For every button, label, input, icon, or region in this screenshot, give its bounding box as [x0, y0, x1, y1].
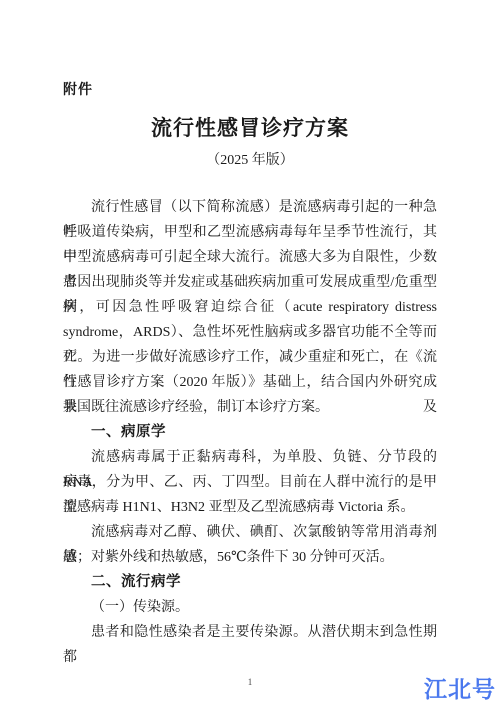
text-line: syndrome，ARDS）、急性坏死性脑病或多器官功能不全等而死 [63, 320, 437, 345]
document-body: 流行性感冒（以下简称流感）是流感病毒引起的一种急性呼吸道传染病，甲型和乙型流感病… [63, 195, 437, 645]
document-subtitle: （2025 年版） [0, 149, 500, 169]
text-line: 亡。为进一步做好流感诊疗工作，减少重症和死亡，在《流行 [63, 345, 437, 370]
watermark-text: 江北号 [424, 671, 496, 704]
text-line: 流行性感冒（以下简称流感）是流感病毒引起的一种急性 [63, 195, 437, 220]
text-line: 甲型流感病毒可引起全球大流行。流感大多为自限性，少数患 [63, 245, 437, 270]
text-line: 病毒，分为甲、乙、丙、丁四型。目前在人群中流行的是甲型 [63, 470, 437, 495]
text-line: 呼吸道传染病，甲型和乙型流感病毒每年呈季节性流行，其中 [63, 220, 437, 245]
text-line: 例，可因急性呼吸窘迫综合征（acute respiratory distress [63, 295, 437, 320]
text-line: 流感病毒 H1N1、H3N2 亚型及乙型流感病毒 Victoria 系。 [63, 495, 437, 520]
text-line: 流感病毒属于正黏病毒科，为单股、负链、分节段的 RNA [63, 445, 437, 470]
text-line: 性感冒诊疗方案（2020 年版）》基础上，结合国内外研究成果及 [63, 370, 437, 395]
text-line: 感；对紫外线和热敏感，56℃条件下 30 分钟可灭活。 [63, 545, 437, 570]
attachment-label: 附件 [63, 79, 93, 99]
document-page: 附件 流行性感冒诊疗方案 （2025 年版） 流行性感冒（以下简称流感）是流感病… [0, 0, 500, 707]
text-line: （一）传染源。 [63, 595, 437, 620]
text-line: 流感病毒对乙醇、碘伏、碘酊、次氯酸钠等常用消毒剂敏 [63, 520, 437, 545]
document-title: 流行性感冒诊疗方案 [0, 112, 500, 142]
text-line: 二、流行病学 [63, 570, 437, 595]
text-line: 一、病原学 [63, 420, 437, 445]
text-line: 者因出现肺炎等并发症或基础疾病加重可发展成重型/危重型病 [63, 270, 437, 295]
text-line: 患者和隐性感染者是主要传染源。从潜伏期末到急性期都 [63, 620, 437, 645]
